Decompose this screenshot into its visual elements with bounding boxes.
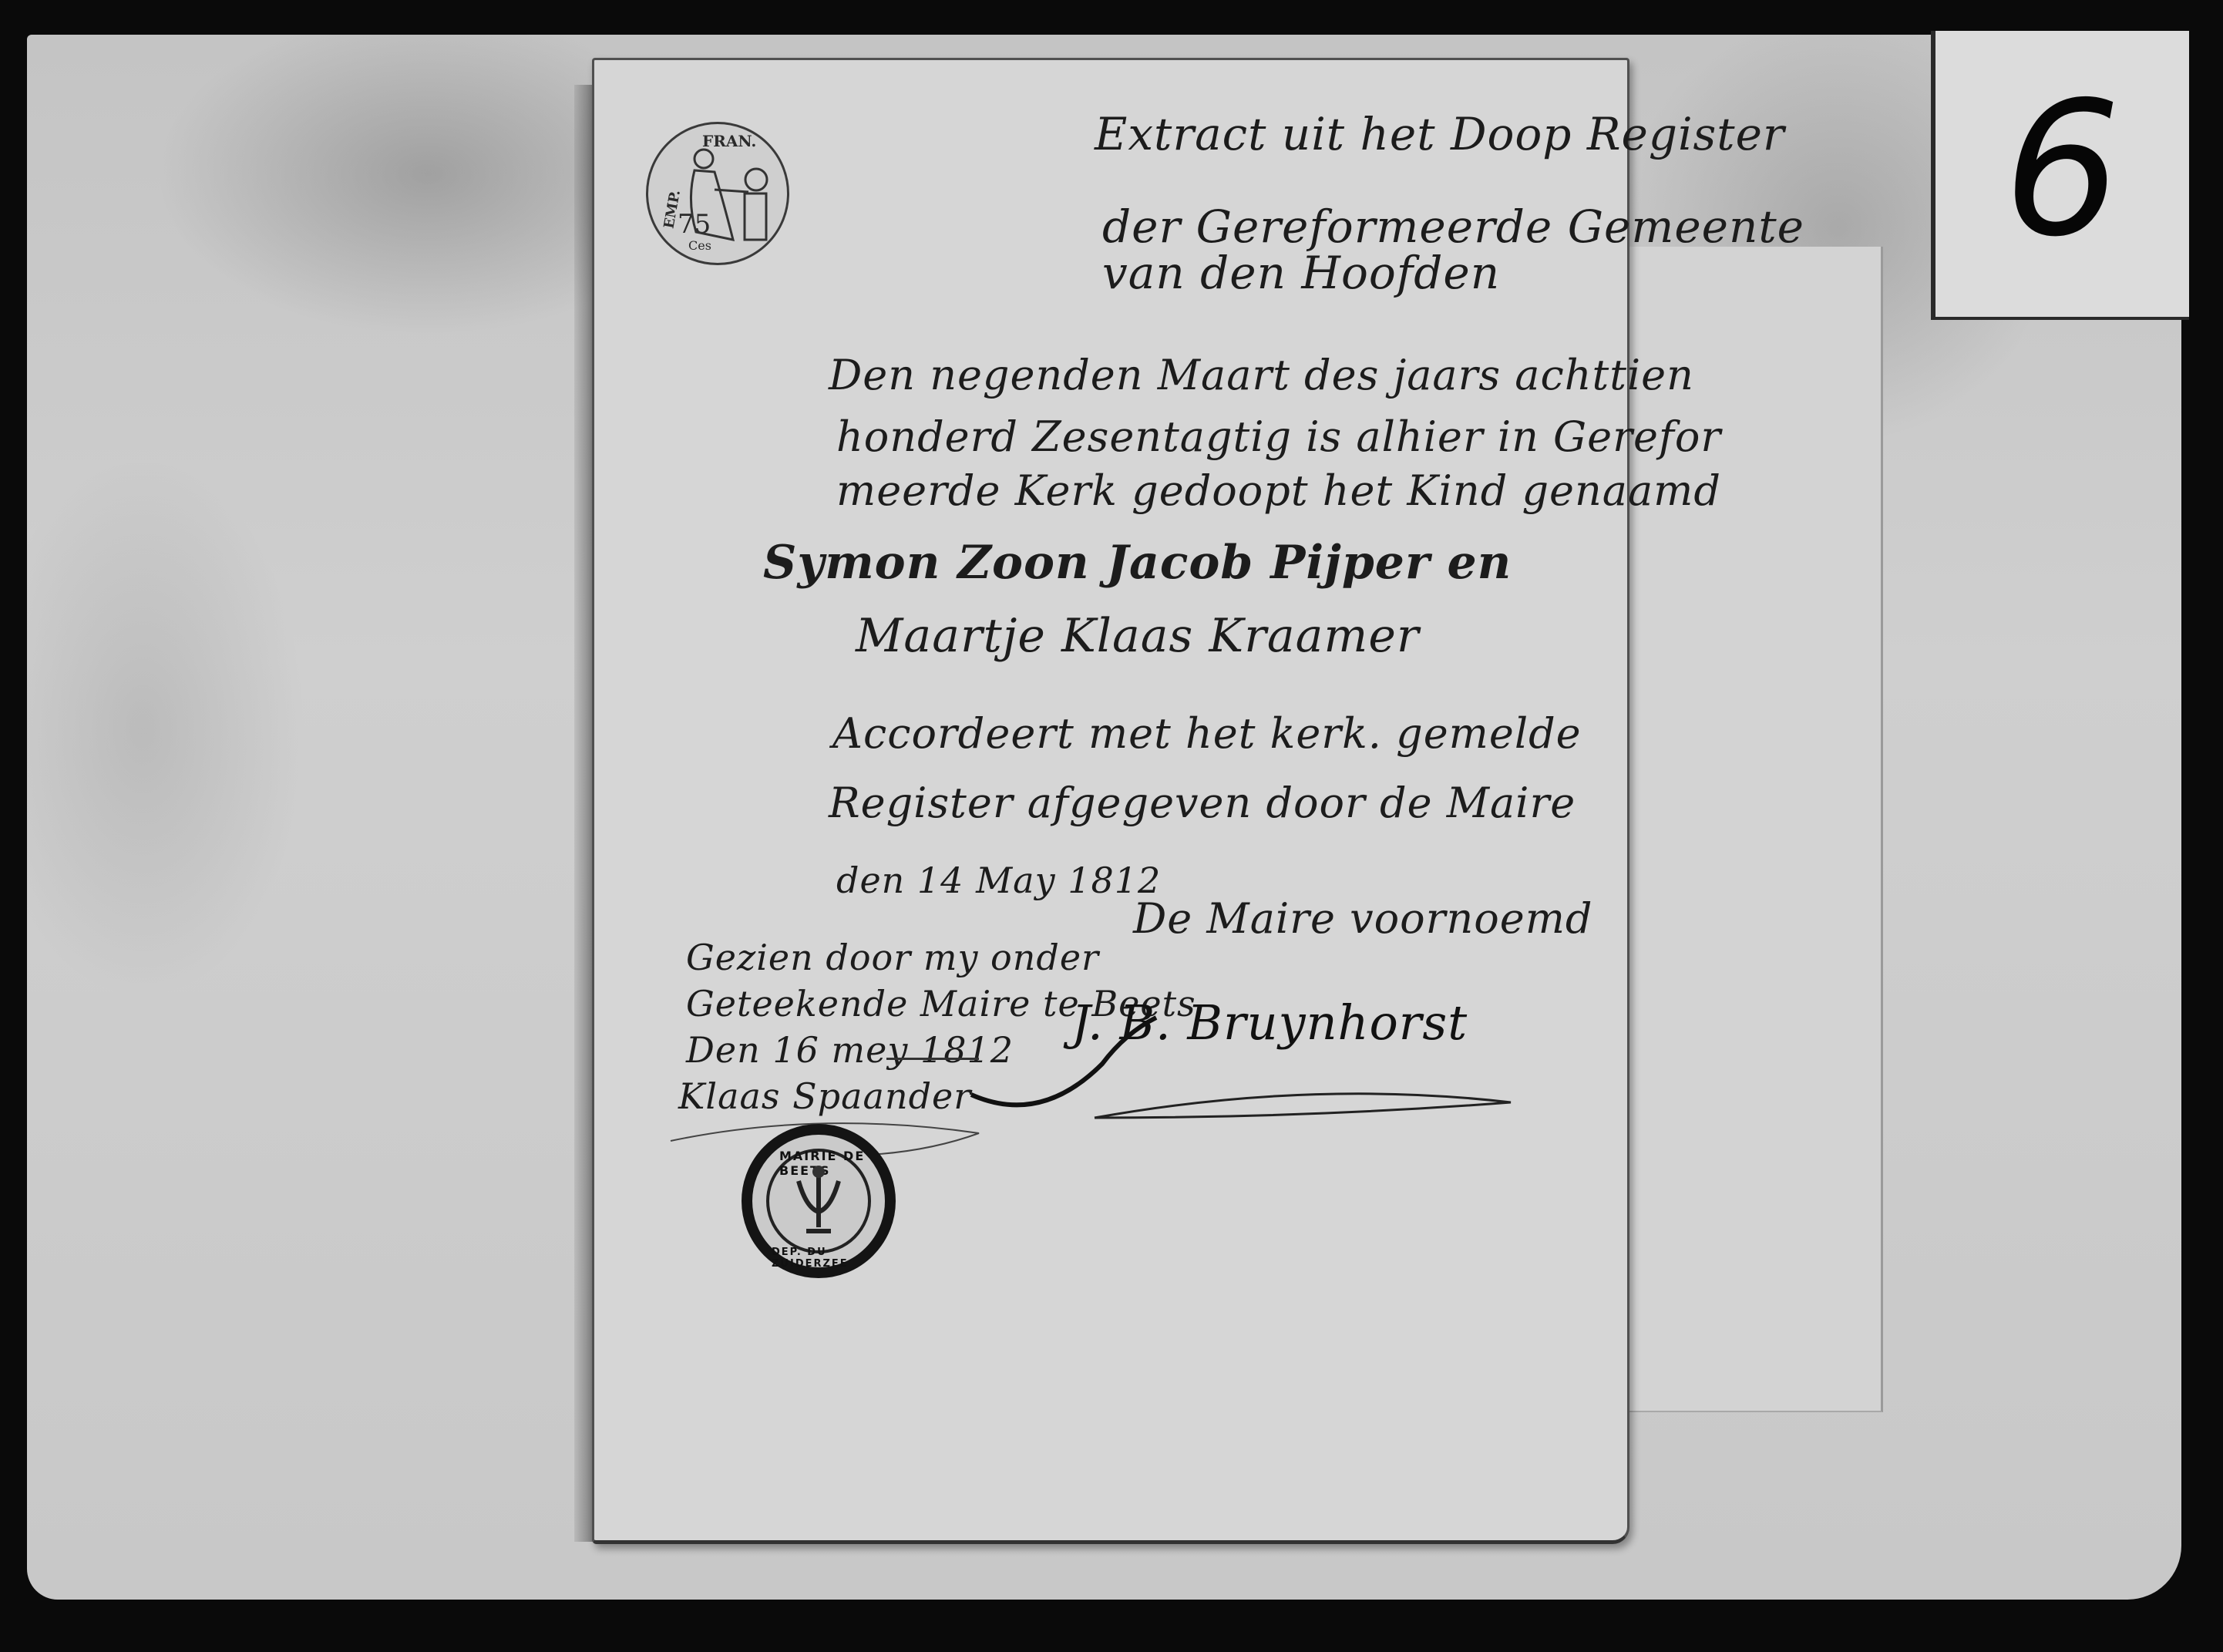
heading-line-2: der Gereformeerde Gemeente	[1102, 200, 1804, 253]
attestation-line-1: Accordeert met het kerk. gemelde	[832, 709, 1582, 758]
body-line-2: honderd Zesentagtig is alhier in Gerefor	[836, 412, 1721, 461]
mayor-title: De Maire voornoemd	[1133, 894, 1592, 943]
mairie-seal: MAIRIE DE BEETS DEP. DU ZUIDERZEE	[742, 1124, 896, 1278]
attestation-date: den 14 May 1812	[836, 860, 1161, 901]
eagle-icon	[752, 1135, 885, 1267]
attestation-line-2: Register afgegeven door de Maire	[829, 779, 1576, 827]
visa-line-1: Gezien door my onder	[686, 937, 1099, 978]
body-line-1: Den negenden Maart des jaars achttien	[829, 351, 1694, 399]
body-line-3: meerde Kerk gedoopt het Kind genaamd	[836, 466, 1721, 515]
heading-line-1: Extract uit het Doop Register	[1095, 108, 1785, 160]
revenue-stamp: FRAN. EMP. 75 Ces	[646, 122, 789, 265]
child-and-father-name: Symon Zoon Jacob Pijper en	[763, 536, 1512, 590]
signature-flourish	[925, 1002, 1542, 1156]
seated-figure-icon	[648, 124, 787, 263]
mother-name: Maartje Klaas Kraamer	[856, 609, 1420, 663]
archive-number-tag: 6	[1931, 31, 2189, 320]
heading-line-3: van den Hoofden	[1102, 247, 1500, 299]
archive-number: 6	[1935, 62, 2189, 278]
